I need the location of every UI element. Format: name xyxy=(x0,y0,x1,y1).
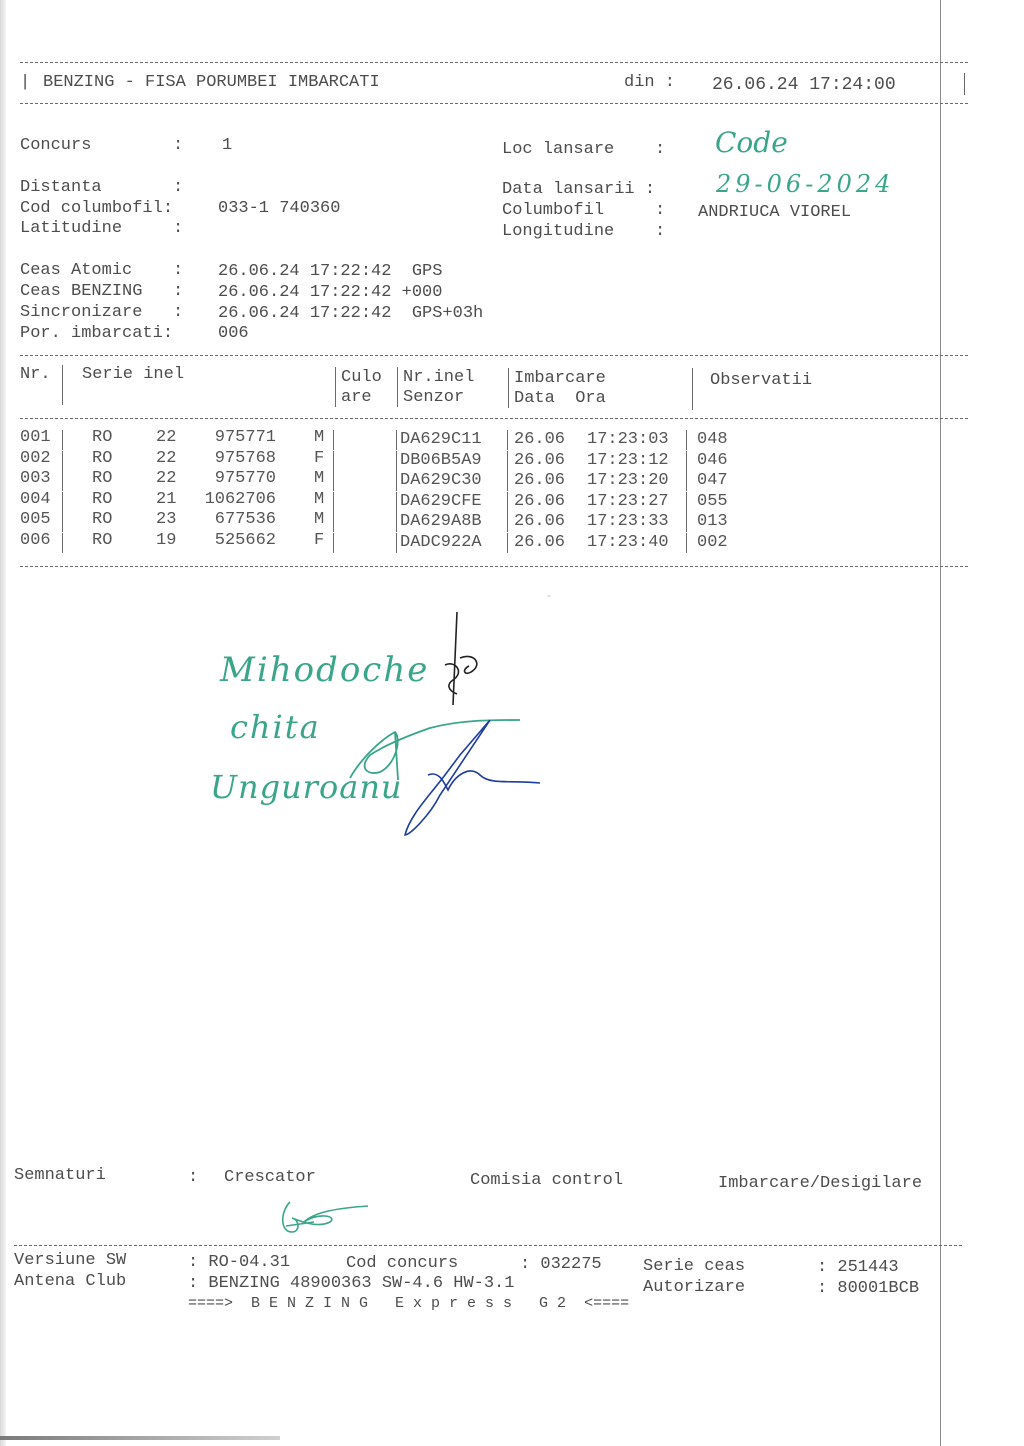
distanta-label: Distanta : xyxy=(20,178,183,198)
stray-mark: - xyxy=(546,588,552,608)
col-separator xyxy=(686,451,687,471)
cod-concurs-label: Cod concurs xyxy=(346,1254,458,1274)
col-separator xyxy=(686,471,687,491)
row-sex: F xyxy=(314,449,324,469)
divider xyxy=(14,1245,962,1246)
col-separator xyxy=(507,451,508,471)
row-ring: 1062706 xyxy=(205,490,276,510)
row-date: 26.06 xyxy=(514,492,565,512)
semnaturi-label: Semnaturi xyxy=(14,1166,106,1186)
col-separator xyxy=(507,533,508,553)
row-sensor: DA629A8B xyxy=(400,512,482,532)
row-nr: 004 xyxy=(20,490,51,510)
col-separator xyxy=(62,451,63,471)
col-separator xyxy=(508,368,509,408)
row-year: 22 xyxy=(156,449,176,469)
header-left-bar: | xyxy=(20,73,30,93)
columbofil-label: Columbofil : xyxy=(502,201,665,221)
col-separator xyxy=(686,430,687,450)
page-bottom-shadow xyxy=(0,1436,280,1440)
row-time: 17:23:33 xyxy=(587,512,669,532)
row-sensor: DA629C30 xyxy=(400,471,482,491)
col-separator xyxy=(686,492,687,512)
col-separator xyxy=(333,471,334,491)
col-separator xyxy=(507,512,508,532)
autorizare-value: : 80001BCB xyxy=(817,1279,919,1299)
concurs-value: 1 xyxy=(222,136,232,156)
signature-crescator xyxy=(278,1192,373,1242)
ceas-benzing-label: Ceas BENZING : xyxy=(20,282,183,302)
benzing-express-banner: ====> B E N Z I N G E x p r e s s G 2 <=… xyxy=(188,1294,629,1314)
row-sex: M xyxy=(314,428,324,448)
row-sex: M xyxy=(314,469,324,489)
col-separator xyxy=(333,492,334,512)
row-date: 26.06 xyxy=(514,451,565,471)
page-title: BENZING - FISA PORUMBEI IMBARCATI xyxy=(43,73,380,93)
semnaturi-colon: : xyxy=(188,1168,198,1188)
row-country: RO xyxy=(92,428,112,448)
row-nr: 001 xyxy=(20,428,51,448)
row-sensor: DB06B5A9 xyxy=(400,451,482,471)
sincronizare-value: 26.06.24 17:22:42 GPS+03h xyxy=(218,304,483,324)
col-separator xyxy=(333,533,334,553)
por-imbarcati-value: 006 xyxy=(218,324,249,344)
row-ring: 975771 xyxy=(215,428,276,448)
longitudine-label: Longitudine : xyxy=(502,222,665,242)
col-separator xyxy=(692,368,693,410)
loc-lansare-label: Loc lansare : xyxy=(502,140,665,160)
handwritten-name-1: Mihodoche xyxy=(220,650,429,690)
col-separator xyxy=(396,430,397,450)
row-nr: 005 xyxy=(20,510,51,530)
row-sensor: DA629CFE xyxy=(400,492,482,512)
signature-black xyxy=(425,610,495,710)
row-time: 17:23:20 xyxy=(587,471,669,491)
divider xyxy=(20,62,968,63)
row-country: RO xyxy=(92,510,112,530)
col-separator xyxy=(333,430,334,450)
row-date: 26.06 xyxy=(514,533,565,553)
col-separator xyxy=(686,533,687,553)
page-left-edge xyxy=(0,0,6,1446)
row-ring: 975768 xyxy=(215,449,276,469)
col-separator xyxy=(333,451,334,471)
cod-concurs-value: : 032275 xyxy=(520,1255,602,1275)
versiune-sw-label: Versiune SW xyxy=(14,1251,126,1271)
row-time: 17:23:27 xyxy=(587,492,669,512)
signature-blue xyxy=(400,715,550,845)
row-observatii: 002 xyxy=(697,533,728,553)
col-header-serie: Serie inel xyxy=(82,365,184,385)
col-header-imbarcare-2: Data Ora xyxy=(514,389,606,409)
loc-lansare-handwritten: Code xyxy=(715,126,788,159)
col-header-observatii: Observatii xyxy=(710,371,812,391)
col-separator xyxy=(686,512,687,532)
cod-columbofil-label: Cod columbofil: xyxy=(20,199,173,219)
row-year: 23 xyxy=(156,510,176,530)
imbarcare-desigilare-label: Imbarcare/Desigilare xyxy=(718,1174,922,1194)
col-header-culoare-2: are xyxy=(341,388,372,408)
col-separator xyxy=(62,512,63,532)
data-lansarii-handwritten: 29-06-2024 xyxy=(716,170,894,198)
autorizare-label: Autorizare xyxy=(643,1278,745,1298)
row-year: 19 xyxy=(156,531,176,551)
row-year: 21 xyxy=(156,490,176,510)
document-page: | BENZING - FISA PORUMBEI IMBARCATI din … xyxy=(0,0,1024,1446)
ceas-benzing-value: 26.06.24 17:22:42 +000 xyxy=(218,283,442,303)
row-country: RO xyxy=(92,490,112,510)
col-header-nrinel-1: Nr.inel xyxy=(403,368,474,388)
serie-ceas-label: Serie ceas xyxy=(643,1257,745,1277)
col-separator xyxy=(507,471,508,491)
col-separator xyxy=(333,512,334,532)
row-ring: 677536 xyxy=(215,510,276,530)
row-time: 17:23:03 xyxy=(587,430,669,450)
col-separator xyxy=(396,451,397,471)
row-observatii: 047 xyxy=(697,471,728,491)
divider xyxy=(20,566,968,567)
row-sex: M xyxy=(314,510,324,530)
col-header-nrinel-2: Senzor xyxy=(403,388,464,408)
concurs-label: Concurs : xyxy=(20,136,183,156)
row-sex: M xyxy=(314,490,324,510)
row-ring: 525662 xyxy=(215,531,276,551)
col-separator xyxy=(397,367,398,407)
row-time: 17:23:40 xyxy=(587,533,669,553)
divider xyxy=(20,418,968,419)
col-separator xyxy=(62,471,63,491)
row-observatii: 048 xyxy=(697,430,728,450)
columbofil-value: ANDRIUCA VIOREL xyxy=(698,203,851,223)
row-date: 26.06 xyxy=(514,430,565,450)
divider xyxy=(20,103,968,104)
comisia-control-label: Comisia control xyxy=(470,1171,623,1191)
col-header-imbarcare-1: Imbarcare xyxy=(514,369,606,389)
latitudine-label: Latitudine : xyxy=(20,219,183,239)
por-imbarcati-label: Por. imbarcati: xyxy=(20,324,173,344)
row-year: 22 xyxy=(156,469,176,489)
antena-club-label: Antena Club xyxy=(14,1272,126,1292)
row-observatii: 055 xyxy=(697,492,728,512)
row-ring: 975770 xyxy=(215,469,276,489)
col-separator xyxy=(507,430,508,450)
col-header-culoare-1: Culo xyxy=(341,368,382,388)
antena-club-value: : BENZING 48900363 SW-4.6 HW-3.1 xyxy=(188,1274,514,1294)
col-separator xyxy=(507,492,508,512)
col-separator xyxy=(62,430,63,450)
ceas-atomic-label: Ceas Atomic : xyxy=(20,261,183,281)
row-year: 22 xyxy=(156,428,176,448)
row-country: RO xyxy=(92,469,112,489)
data-lansarii-label: Data lansarii : xyxy=(502,180,655,200)
col-separator xyxy=(62,533,63,553)
row-country: RO xyxy=(92,449,112,469)
col-header-nr: Nr. xyxy=(20,365,51,385)
row-nr: 003 xyxy=(20,469,51,489)
row-sex: F xyxy=(314,531,324,551)
handwritten-name-2: chita xyxy=(230,708,321,746)
ceas-atomic-value: 26.06.24 17:22:42 GPS xyxy=(218,262,442,282)
col-separator xyxy=(62,365,63,405)
row-nr: 002 xyxy=(20,449,51,469)
din-value: 26.06.24 17:24:00 xyxy=(712,75,896,95)
din-label: din : xyxy=(624,73,675,93)
row-country: RO xyxy=(92,531,112,551)
col-separator xyxy=(396,471,397,491)
divider xyxy=(20,355,968,356)
serie-ceas-value: : 251443 xyxy=(817,1258,899,1278)
row-nr: 006 xyxy=(20,531,51,551)
row-observatii: 046 xyxy=(697,451,728,471)
col-separator xyxy=(396,492,397,512)
row-observatii: 013 xyxy=(697,512,728,532)
row-date: 26.06 xyxy=(514,471,565,491)
col-separator xyxy=(62,492,63,512)
col-separator xyxy=(335,367,336,407)
row-sensor: DA629C11 xyxy=(400,430,482,450)
crescator-label: Crescator xyxy=(224,1168,316,1188)
page-right-rule xyxy=(940,0,941,1446)
col-separator xyxy=(396,533,397,553)
row-date: 26.06 xyxy=(514,512,565,532)
versiune-sw-value: : RO-04.31 xyxy=(188,1253,290,1273)
header-right-bar xyxy=(964,73,965,95)
row-sensor: DADC922A xyxy=(400,533,482,553)
row-time: 17:23:12 xyxy=(587,451,669,471)
cod-columbofil-value: 033-1 740360 xyxy=(218,199,340,219)
col-separator xyxy=(396,512,397,532)
sincronizare-label: Sincronizare : xyxy=(20,303,183,323)
